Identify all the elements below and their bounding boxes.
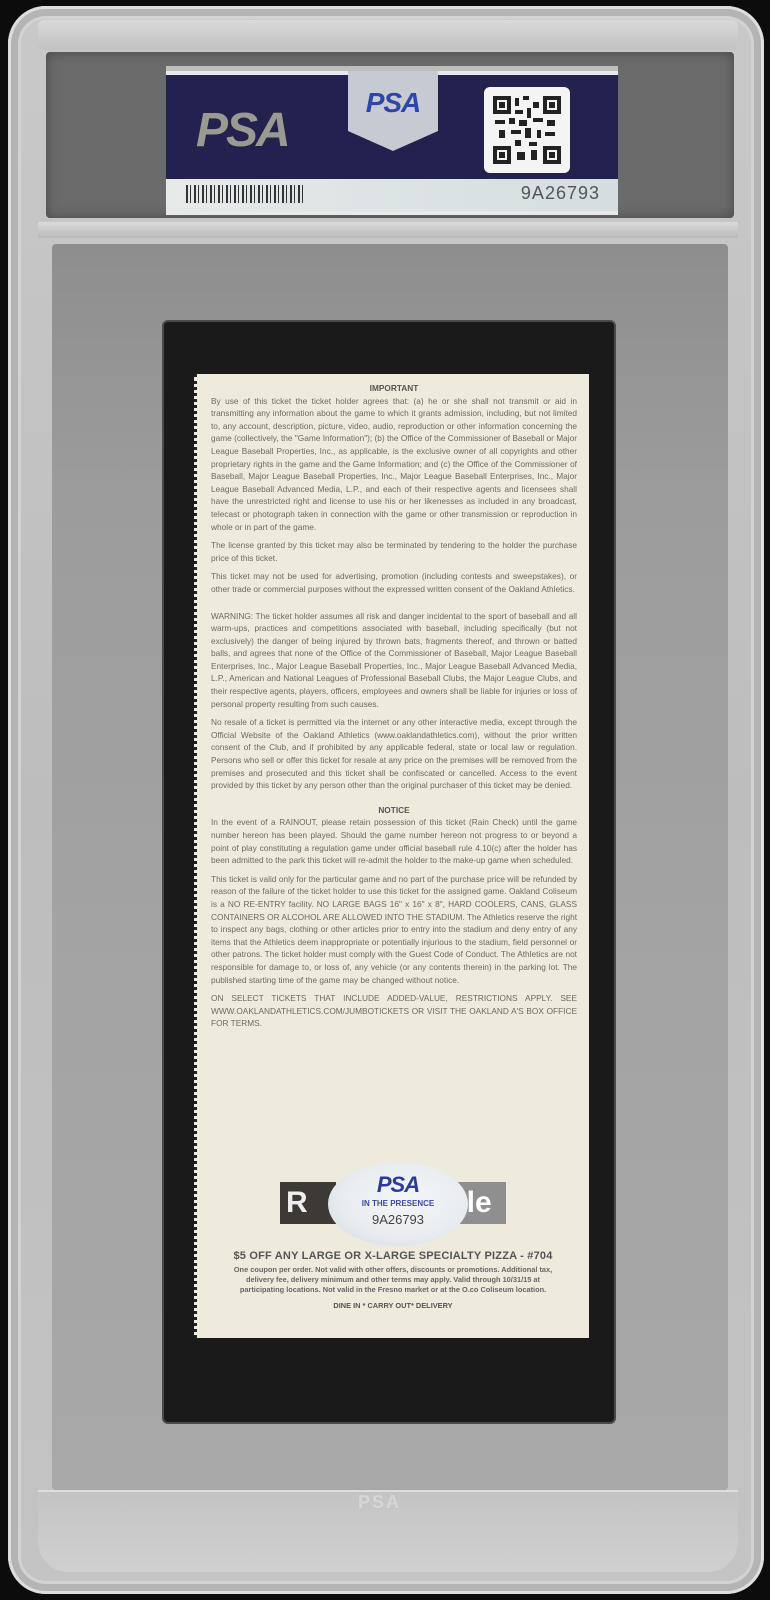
slab-emboss-logo: PSA (358, 1492, 401, 1513)
slab-divider (38, 222, 738, 238)
promo-fine-print: One coupon per order. Not valid with oth… (227, 1265, 559, 1295)
label-well: PSA PSA (46, 52, 734, 218)
terms-paragraph: This ticket may not be used for advertis… (211, 570, 577, 595)
promo-title: $5 OFF ANY LARGE OR X-LARGE SPECIALTY PI… (197, 1250, 589, 1262)
resale-paragraph: No resale of a ticket is permitted via t… (211, 716, 577, 792)
sticker-presence-text: IN THE PRESENCE (328, 1199, 468, 1208)
qr-code-icon[interactable] (484, 87, 570, 173)
ticket-terms: IMPORTANT By use of this ticket the tick… (211, 382, 577, 1036)
sticker-cert-number: 9A26793 (328, 1212, 468, 1227)
barcode-strip: 9A26793 (166, 179, 618, 211)
warning-paragraph: WARNING: The ticket holder assumes all r… (211, 610, 577, 711)
terms-paragraph: By use of this ticket the ticket holder … (211, 395, 577, 534)
heading-notice: NOTICE (211, 804, 577, 817)
promo-options: DINE IN * CARRY OUT* DELIVERY (197, 1301, 589, 1310)
psa-shield-logo: PSA (348, 71, 438, 151)
barcode-icon (186, 185, 304, 203)
cert-number: 9A26793 (521, 183, 600, 204)
heading-important: IMPORTANT (211, 382, 577, 395)
psa-shield-text: PSA (348, 87, 438, 119)
psa-authentication-sticker: PSA IN THE PRESENCE 9A26793 (328, 1162, 468, 1246)
terms-paragraph: The license granted by this ticket may a… (211, 539, 577, 564)
slab-top-rail (38, 20, 738, 50)
validity-paragraph: This ticket is valid only for the partic… (211, 873, 577, 986)
rainout-paragraph: In the event of a RAINOUT, please retain… (211, 816, 577, 866)
label-band: PSA PSA (166, 75, 618, 179)
sticker-psa-logo: PSA (328, 1172, 468, 1198)
sponsor-logo: R ble PSA IN THE PRESENCE 9A26793 (280, 1182, 506, 1224)
pizza-promo: R ble PSA IN THE PRESENCE 9A26793 $5 OFF… (197, 1182, 589, 1310)
added-value-paragraph: ON SELECT TICKETS THAT INCLUDE ADDED-VAL… (211, 992, 577, 1030)
ticket-back: IMPORTANT By use of this ticket the tick… (194, 374, 589, 1338)
psa-label: PSA PSA (166, 66, 618, 215)
psa-logo: PSA (196, 103, 289, 158)
qr-code-graphic (493, 96, 561, 164)
